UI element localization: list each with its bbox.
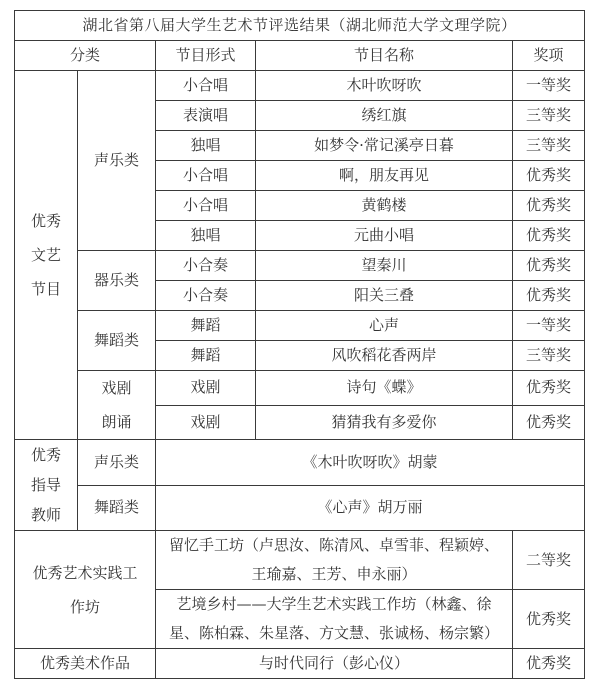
table-row: 舞蹈类 舞蹈 心声 一等奖 [15,311,585,341]
header-row: 分类 节目形式 节目名称 奖项 [15,41,585,71]
name-cell: 绣红旗 [256,101,513,131]
instructor-subcategory: 舞蹈类 [78,485,156,531]
award-cell: 优秀奖 [513,649,585,679]
name-cell: 诗句《蝶》 [256,371,513,406]
subcategory-vocal: 声乐类 [78,71,156,251]
table-row: 器乐类 小合奏 望秦川 优秀奖 [15,251,585,281]
header-name: 节目名称 [256,41,513,71]
award-cell: 三等奖 [513,341,585,371]
award-cell: 一等奖 [513,311,585,341]
form-cell: 独唱 [156,221,256,251]
header-form: 节目形式 [156,41,256,71]
form-cell: 小合奏 [156,281,256,311]
form-cell: 小合唱 [156,191,256,221]
category-excellent-art: 优秀美术作品 [15,649,156,679]
award-cell: 三等奖 [513,101,585,131]
award-cell: 优秀奖 [513,221,585,251]
award-cell: 优秀奖 [513,405,585,440]
award-cell: 优秀奖 [513,161,585,191]
award-cell: 优秀奖 [513,590,585,649]
workshop-detail: 留忆手工坊（卢思汝、陈清风、卓雪菲、程颖婷、 王瑜嘉、王芳、申永丽） [156,531,513,590]
workshop-detail: 艺境乡村——大学生艺术实践工作坊（林鑫、徐 星、陈柏霖、朱星落、方文慧、张诚杨、… [156,590,513,649]
category-excellent-programs: 优秀 文艺 节目 [15,71,78,440]
instructor-subcategory: 声乐类 [78,440,156,486]
form-cell: 独唱 [156,131,256,161]
award-cell: 优秀奖 [513,191,585,221]
name-cell: 如梦令·常记溪亭日暮 [256,131,513,161]
category-excellent-instructors: 优秀 指导 教师 [15,440,78,531]
form-cell: 表演唱 [156,101,256,131]
name-cell: 望秦川 [256,251,513,281]
name-cell: 黄鹤楼 [256,191,513,221]
name-cell: 猜猜我有多爱你 [256,405,513,440]
instructor-detail: 《木叶吹呀吹》胡蒙 [156,440,585,486]
table-row: 优秀艺术实践工 作坊 留忆手工坊（卢思汝、陈清风、卓雪菲、程颖婷、 王瑜嘉、王芳… [15,531,585,590]
form-cell: 戏剧 [156,371,256,406]
table-row: 优秀 指导 教师 声乐类 《木叶吹呀吹》胡蒙 [15,440,585,486]
form-cell: 小合奏 [156,251,256,281]
award-cell: 优秀奖 [513,251,585,281]
title-row: 湖北省第八届大学生艺术节评选结果（湖北师范大学文理学院） [15,11,585,41]
award-cell: 优秀奖 [513,281,585,311]
name-cell: 元曲小唱 [256,221,513,251]
category-excellent-workshops: 优秀艺术实践工 作坊 [15,531,156,649]
form-cell: 小合唱 [156,71,256,101]
award-cell: 二等奖 [513,531,585,590]
form-cell: 小合唱 [156,161,256,191]
subcategory-instrumental: 器乐类 [78,251,156,311]
art-detail: 与时代同行（彭心仪） [156,649,513,679]
form-cell: 舞蹈 [156,341,256,371]
name-cell: 心声 [256,311,513,341]
header-award: 奖项 [513,41,585,71]
table-row: 优秀美术作品 与时代同行（彭心仪） 优秀奖 [15,649,585,679]
award-cell: 三等奖 [513,131,585,161]
award-cell: 优秀奖 [513,371,585,406]
subcategory-dance: 舞蹈类 [78,311,156,371]
instructor-detail: 《心声》胡万丽 [156,485,585,531]
table-row: 戏剧 朗诵 戏剧 诗句《蝶》 优秀奖 [15,371,585,406]
results-table: 湖北省第八届大学生艺术节评选结果（湖北师范大学文理学院） 分类 节目形式 节目名… [14,10,585,679]
table-title: 湖北省第八届大学生艺术节评选结果（湖北师范大学文理学院） [15,11,585,41]
form-cell: 舞蹈 [156,311,256,341]
table-row: 优秀 文艺 节目 声乐类 小合唱 木叶吹呀吹 一等奖 [15,71,585,101]
name-cell: 木叶吹呀吹 [256,71,513,101]
form-cell: 戏剧 [156,405,256,440]
header-category: 分类 [15,41,156,71]
name-cell: 阳关三叠 [256,281,513,311]
name-cell: 风吹稻花香两岸 [256,341,513,371]
award-cell: 一等奖 [513,71,585,101]
subcategory-drama-recitation: 戏剧 朗诵 [78,371,156,440]
table-row: 舞蹈类 《心声》胡万丽 [15,485,585,531]
name-cell: 啊，朋友再见 [256,161,513,191]
